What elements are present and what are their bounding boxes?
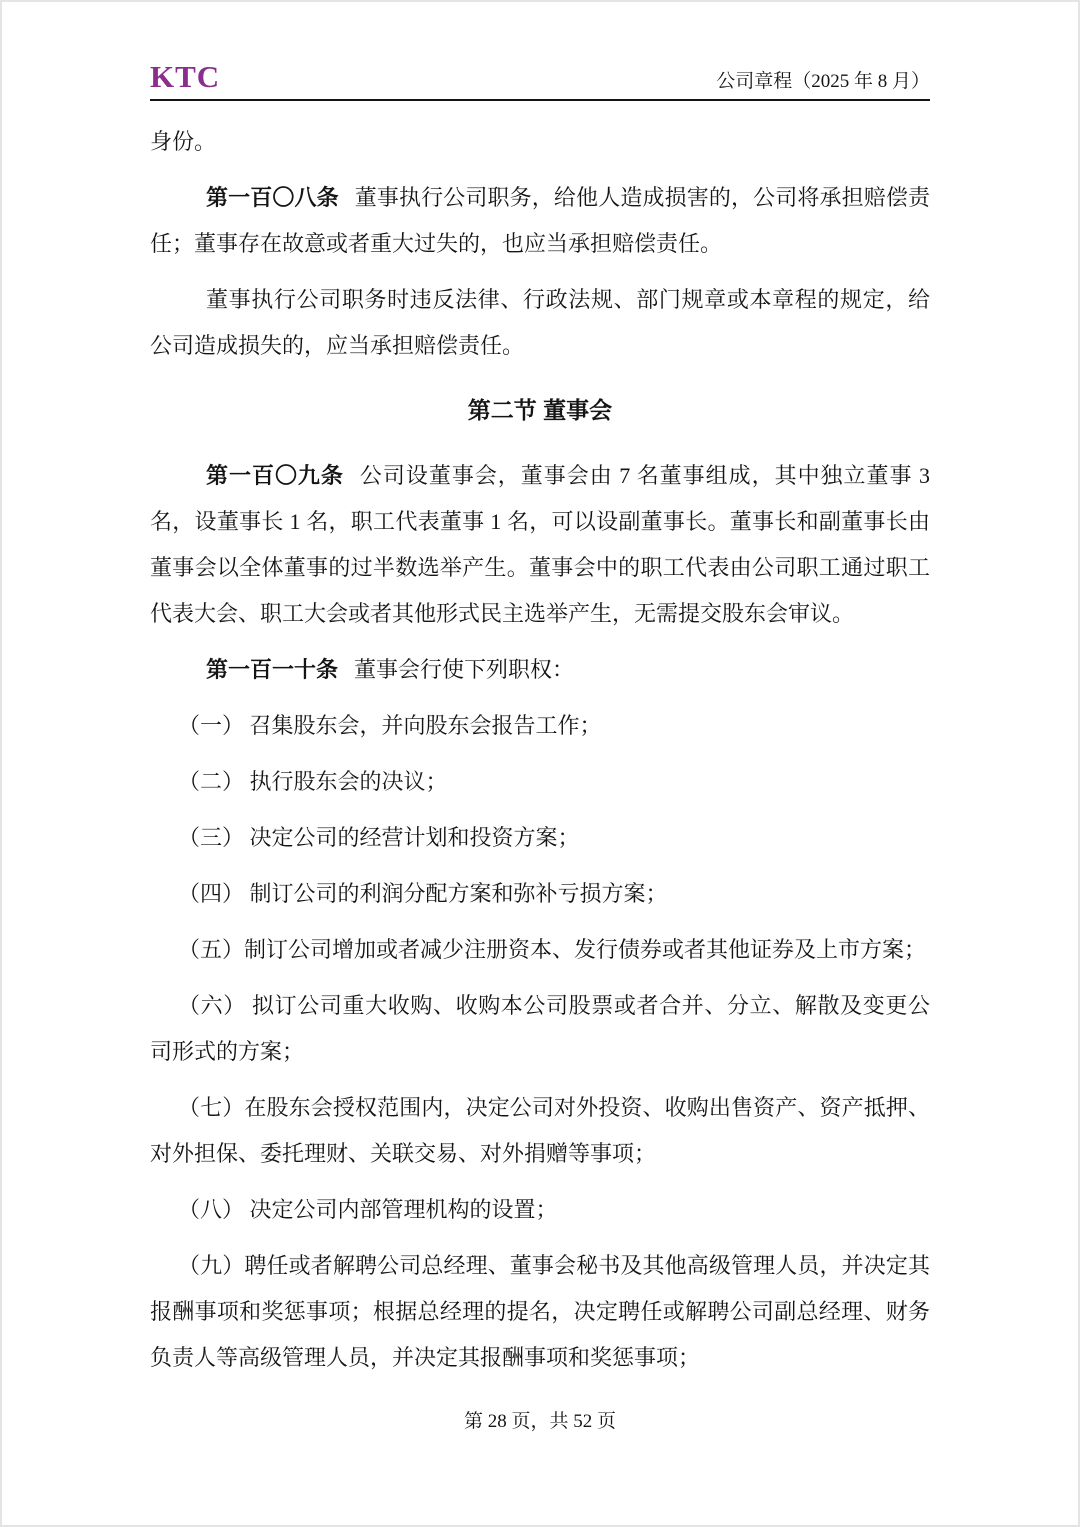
section-title: 第二节 董事会 (150, 387, 930, 433)
list-item-1: （一） 召集股东会，并向股东会报告工作； (150, 703, 930, 749)
article-108-paragraph-2: 董事执行公司职务时违反法律、行政法规、部门规章或本章程的规定，给公司造成损失的，… (150, 277, 930, 369)
list-item-4: （四） 制订公司的利润分配方案和弥补亏损方案； (150, 871, 930, 917)
list-item-2: （二） 执行股东会的决议； (150, 759, 930, 805)
document-body: 身份。 第一百〇八条董事执行公司职务，给他人造成损害的，公司将承担赔偿责任；董事… (150, 119, 930, 1381)
article-110-text: 董事会行使下列职权： (354, 657, 574, 682)
list-item-3: （三） 决定公司的经营计划和投资方案； (150, 815, 930, 861)
article-109-paragraph: 第一百〇九条公司设董事会，董事会由 7 名董事组成，其中独立董事 3 名，设董事… (150, 453, 930, 637)
list-item-6: （六） 拟订公司重大收购、收购本公司股票或者合并、分立、解散及变更公司形式的方案… (150, 983, 930, 1075)
list-item-5: （五）制订公司增加或者减少注册资本、发行债券或者其他证券及上市方案； (150, 927, 930, 973)
list-item-9: （九）聘任或者解聘公司总经理、董事会秘书及其他高级管理人员，并决定其报酬事项和奖… (150, 1243, 930, 1381)
list-item-8: （八） 决定公司内部管理机构的设置； (150, 1187, 930, 1233)
list-item-7: （七）在股东会授权范围内，决定公司对外投资、收购出售资产、资产抵押、对外担保、委… (150, 1085, 930, 1177)
article-108-paragraph: 第一百〇八条董事执行公司职务，给他人造成损害的，公司将承担赔偿责任；董事存在故意… (150, 175, 930, 267)
page-header: KTC 公司章程（2025 年 8 月） (150, 2, 930, 101)
article-108-label: 第一百〇八条 (206, 185, 339, 210)
article-110-label: 第一百一十条 (206, 657, 338, 682)
article-110-paragraph: 第一百一十条董事会行使下列职权： (150, 647, 930, 693)
article-109-label: 第一百〇九条 (206, 463, 344, 488)
page-number: 第 28 页，共 52 页 (464, 1411, 616, 1432)
page-footer: 第 28 页，共 52 页 (2, 1408, 1078, 1436)
ktc-logo: KTC (150, 60, 220, 94)
paragraph-continuation: 身份。 (150, 119, 930, 165)
document-title: 公司章程（2025 年 8 月） (716, 70, 930, 94)
document-page: KTC 公司章程（2025 年 8 月） 身份。 第一百〇八条董事执行公司职务，… (0, 0, 1080, 1527)
